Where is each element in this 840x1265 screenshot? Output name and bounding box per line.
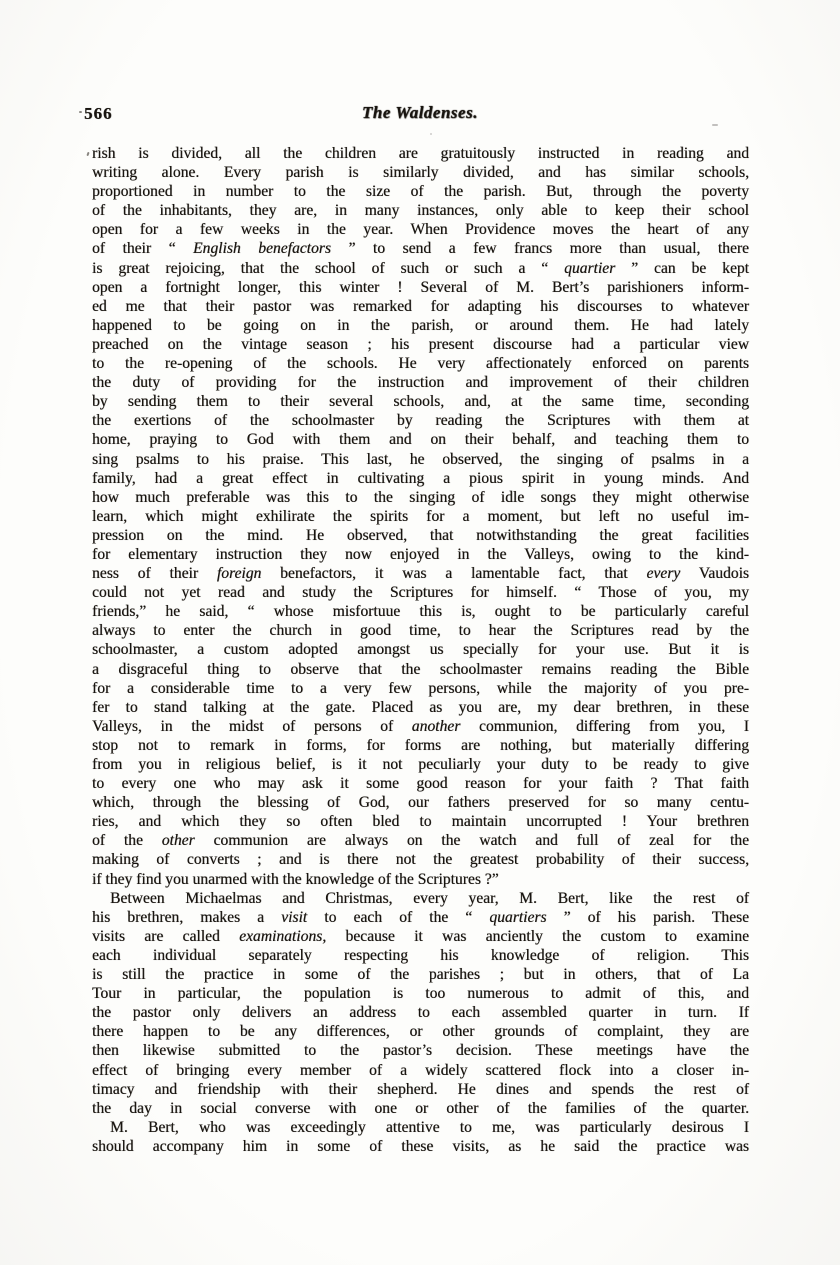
text-segment: to the re-opening of the schools. He ver… [92, 355, 749, 372]
text-line: Between Michaelmas and Christmas, every … [92, 889, 749, 908]
italic-text: another [412, 718, 461, 735]
paragraph: M. Bert, who was exceedingly attentive t… [92, 1118, 749, 1156]
text-segment: Vaudois [680, 565, 749, 582]
text-segment: communion, differing from you, I [460, 718, 749, 735]
text-segment: friends,” he said, “ whose misfortuue th… [92, 603, 749, 620]
text-segment: family, had a great effect in cultivatin… [92, 470, 749, 487]
text-line: for a considerable time to a very few pe… [92, 679, 749, 698]
text-line: to every one who may ask it some good re… [92, 774, 749, 793]
italic-text: examinations, [239, 928, 326, 945]
scan-speck [79, 111, 82, 113]
book-page: 566 The Waldenses. rish is divided, all … [0, 0, 840, 1265]
text-segment: is great rejoicing, that the school of s… [92, 260, 564, 277]
text-line: of their “ English benefactors ” to send… [92, 239, 749, 258]
text-segment: a disgraceful thing to observe that the … [92, 661, 749, 678]
text-line: timacy and friendship with their shepher… [92, 1080, 749, 1099]
text-line: is still the practice in some of the par… [92, 965, 749, 984]
text-line: which, through the blessing of God, our … [92, 793, 749, 812]
text-segment: then likewise submitted to the pastor’s … [92, 1042, 749, 1059]
text-line: preached on the vintage season ; his pre… [92, 335, 749, 354]
text-line: stop not to remark in forms, for forms a… [92, 736, 749, 755]
scan-speck [430, 133, 432, 135]
text-segment: is still the practice in some of the par… [92, 966, 749, 983]
running-title: The Waldenses. [92, 103, 748, 123]
text-line: there happen to be any differences, or o… [92, 1022, 749, 1041]
text-line: effect of bringing every member of a wid… [92, 1061, 749, 1080]
text-line: Tour in particular, the population is to… [92, 984, 749, 1003]
text-line: a disgraceful thing to observe that the … [92, 660, 749, 679]
text-line: the duty of providing for the instructio… [92, 373, 749, 392]
text-segment: visits are called [92, 928, 239, 945]
text-segment: ” to send a few francs more than usual, … [331, 240, 749, 257]
text-segment: how much preferable was this to the sing… [92, 489, 749, 506]
text-segment: effect of bringing every member of a wid… [92, 1062, 749, 1079]
text-segment: to every one who may ask it some good re… [92, 775, 749, 792]
text-segment: which, through the blessing of God, our … [92, 794, 749, 811]
text-segment: the exertions of the schoolmaster by rea… [92, 412, 749, 429]
text-line: then likewise submitted to the pastor’s … [92, 1041, 749, 1060]
text-segment: happened to be going on in the parish, o… [92, 317, 749, 334]
text-segment: should accompany him in some of these vi… [92, 1138, 749, 1155]
text-segment: ” of his parish. These [547, 909, 750, 926]
body-text: rish is divided, all the children are gr… [92, 144, 749, 1156]
italic-text: visit [281, 909, 307, 926]
text-line: friends,” he said, “ whose misfortuue th… [92, 602, 749, 621]
text-segment: from you in religious belief, is it not … [92, 756, 749, 773]
text-line: by sending them to their several schools… [92, 392, 749, 411]
text-line: happened to be going on in the parish, o… [92, 316, 749, 335]
text-segment: open for a few weeks in the year. When P… [92, 221, 749, 238]
text-segment: there happen to be any differences, or o… [92, 1023, 749, 1040]
text-line: to the re-opening of the schools. He ver… [92, 354, 749, 373]
text-segment: fer to stand talking at the gate. Placed… [92, 699, 749, 716]
text-segment: ries, and which they so often bled to ma… [92, 813, 749, 830]
text-line: M. Bert, who was exceedingly attentive t… [92, 1118, 749, 1137]
text-line: from you in religious belief, is it not … [92, 755, 749, 774]
text-segment: always to enter the church in good time,… [92, 622, 749, 639]
text-line: family, had a great effect in cultivatin… [92, 469, 749, 488]
text-line: if they find you unarmed with the knowle… [92, 870, 749, 889]
text-line: visits are called examinations, because … [92, 927, 749, 946]
text-line: his brethren, makes a visit to each of t… [92, 908, 749, 927]
italic-text: foreign [217, 565, 261, 582]
text-segment: because it was anciently the custom to e… [326, 928, 749, 945]
text-segment: learn, which might exhilirate the spirit… [92, 508, 749, 525]
text-segment: preached on the vintage season ; his pre… [92, 336, 749, 353]
text-segment: timacy and friendship with their shepher… [92, 1081, 749, 1098]
text-segment: the pastor only delivers an address to e… [92, 1004, 749, 1021]
text-line: ed me that their pastor was remarked for… [92, 297, 749, 316]
text-segment: rish is divided, all the children are gr… [92, 145, 749, 162]
text-line: schoolmaster, a custom adopted amongst u… [92, 640, 749, 659]
text-segment: communion are always on the watch and fu… [195, 832, 749, 849]
text-line: fer to stand talking at the gate. Placed… [92, 698, 749, 717]
text-segment: his brethren, makes a [92, 909, 281, 926]
text-line: proportioned in number to the size of th… [92, 182, 749, 201]
text-line: should accompany him in some of these vi… [92, 1137, 749, 1156]
text-line: is great rejoicing, that the school of s… [92, 259, 749, 278]
text-segment: ” can be kept [615, 260, 749, 277]
text-line: learn, which might exhilirate the spirit… [92, 507, 749, 526]
text-line: home, praying to God with them and on th… [92, 430, 749, 449]
text-line: how much preferable was this to the sing… [92, 488, 749, 507]
text-line: rish is divided, all the children are gr… [92, 144, 749, 163]
text-line: writing alone. Every parish is similarly… [92, 163, 749, 182]
text-line: of the other communion are always on the… [92, 831, 749, 850]
text-segment: if they find you unarmed with the knowle… [92, 871, 499, 888]
text-segment: benefactors, it was a lamentable fact, t… [261, 565, 646, 582]
text-line: ries, and which they so often bled to ma… [92, 812, 749, 831]
text-segment: of their “ [92, 240, 193, 257]
text-segment: could not yet read and study the Scriptu… [92, 584, 749, 601]
scan-speck [712, 124, 718, 126]
text-segment: the duty of providing for the instructio… [92, 374, 749, 391]
text-segment: ed me that their pastor was remarked for… [92, 298, 749, 315]
scan-speck [86, 152, 89, 156]
text-line: of the inhabitants, they are, in many in… [92, 201, 749, 220]
text-line: sing psalms to his praise. This last, he… [92, 450, 749, 469]
text-line: the exertions of the schoolmaster by rea… [92, 411, 749, 430]
text-segment: ness of their [92, 565, 217, 582]
text-segment: M. Bert, who was exceedingly attentive t… [110, 1119, 749, 1136]
text-segment: writing alone. Every parish is similarly… [92, 164, 749, 181]
text-line: the pastor only delivers an address to e… [92, 1003, 749, 1022]
italic-text: every [646, 565, 680, 582]
text-line: making of converts ; and is there not th… [92, 850, 749, 869]
text-line: the day in social converse with one or o… [92, 1099, 749, 1118]
italic-text: quartier [564, 260, 615, 277]
text-segment: open a fortnight longer, this winter ! S… [92, 279, 749, 296]
text-line: ness of their foreign benefactors, it wa… [92, 564, 749, 583]
italic-text: other [162, 832, 195, 849]
text-segment: by sending them to their several schools… [92, 393, 749, 410]
text-line: could not yet read and study the Scriptu… [92, 583, 749, 602]
text-segment: the day in social converse with one or o… [92, 1100, 749, 1117]
text-segment: for elementary instruction they now enjo… [92, 546, 749, 563]
text-segment: Tour in particular, the population is to… [92, 985, 749, 1002]
text-segment: for a considerable time to a very few pe… [92, 680, 749, 697]
text-line: pression on the mind. He observed, that … [92, 526, 749, 545]
italic-text: English benefactors [193, 240, 331, 257]
paragraph: Between Michaelmas and Christmas, every … [92, 889, 749, 1118]
text-segment: pression on the mind. He observed, that … [92, 527, 749, 544]
text-line: each individual separately respecting hi… [92, 946, 749, 965]
text-segment: proportioned in number to the size of th… [92, 183, 749, 200]
text-segment: Valleys, in the midst of persons of [92, 718, 412, 735]
text-segment: home, praying to God with them and on th… [92, 431, 749, 448]
text-segment: of the inhabitants, they are, in many in… [92, 202, 749, 219]
text-line: Valleys, in the midst of persons of anot… [92, 717, 749, 736]
text-segment: Between Michaelmas and Christmas, every … [110, 890, 749, 907]
text-line: open for a few weeks in the year. When P… [92, 220, 749, 239]
text-segment: each individual separately respecting hi… [92, 947, 749, 964]
text-segment: sing psalms to his praise. This last, he… [92, 451, 749, 468]
paragraph: rish is divided, all the children are gr… [92, 144, 749, 889]
italic-text: quartiers [489, 909, 546, 926]
text-line: for elementary instruction they now enjo… [92, 545, 749, 564]
text-segment: of the [92, 832, 162, 849]
text-line: open a fortnight longer, this winter ! S… [92, 278, 749, 297]
text-segment: schoolmaster, a custom adopted amongst u… [92, 641, 749, 658]
text-line: always to enter the church in good time,… [92, 621, 749, 640]
text-segment: making of converts ; and is there not th… [92, 851, 749, 868]
text-segment: stop not to remark in forms, for forms a… [92, 737, 749, 754]
text-segment: to each of the “ [307, 909, 489, 926]
